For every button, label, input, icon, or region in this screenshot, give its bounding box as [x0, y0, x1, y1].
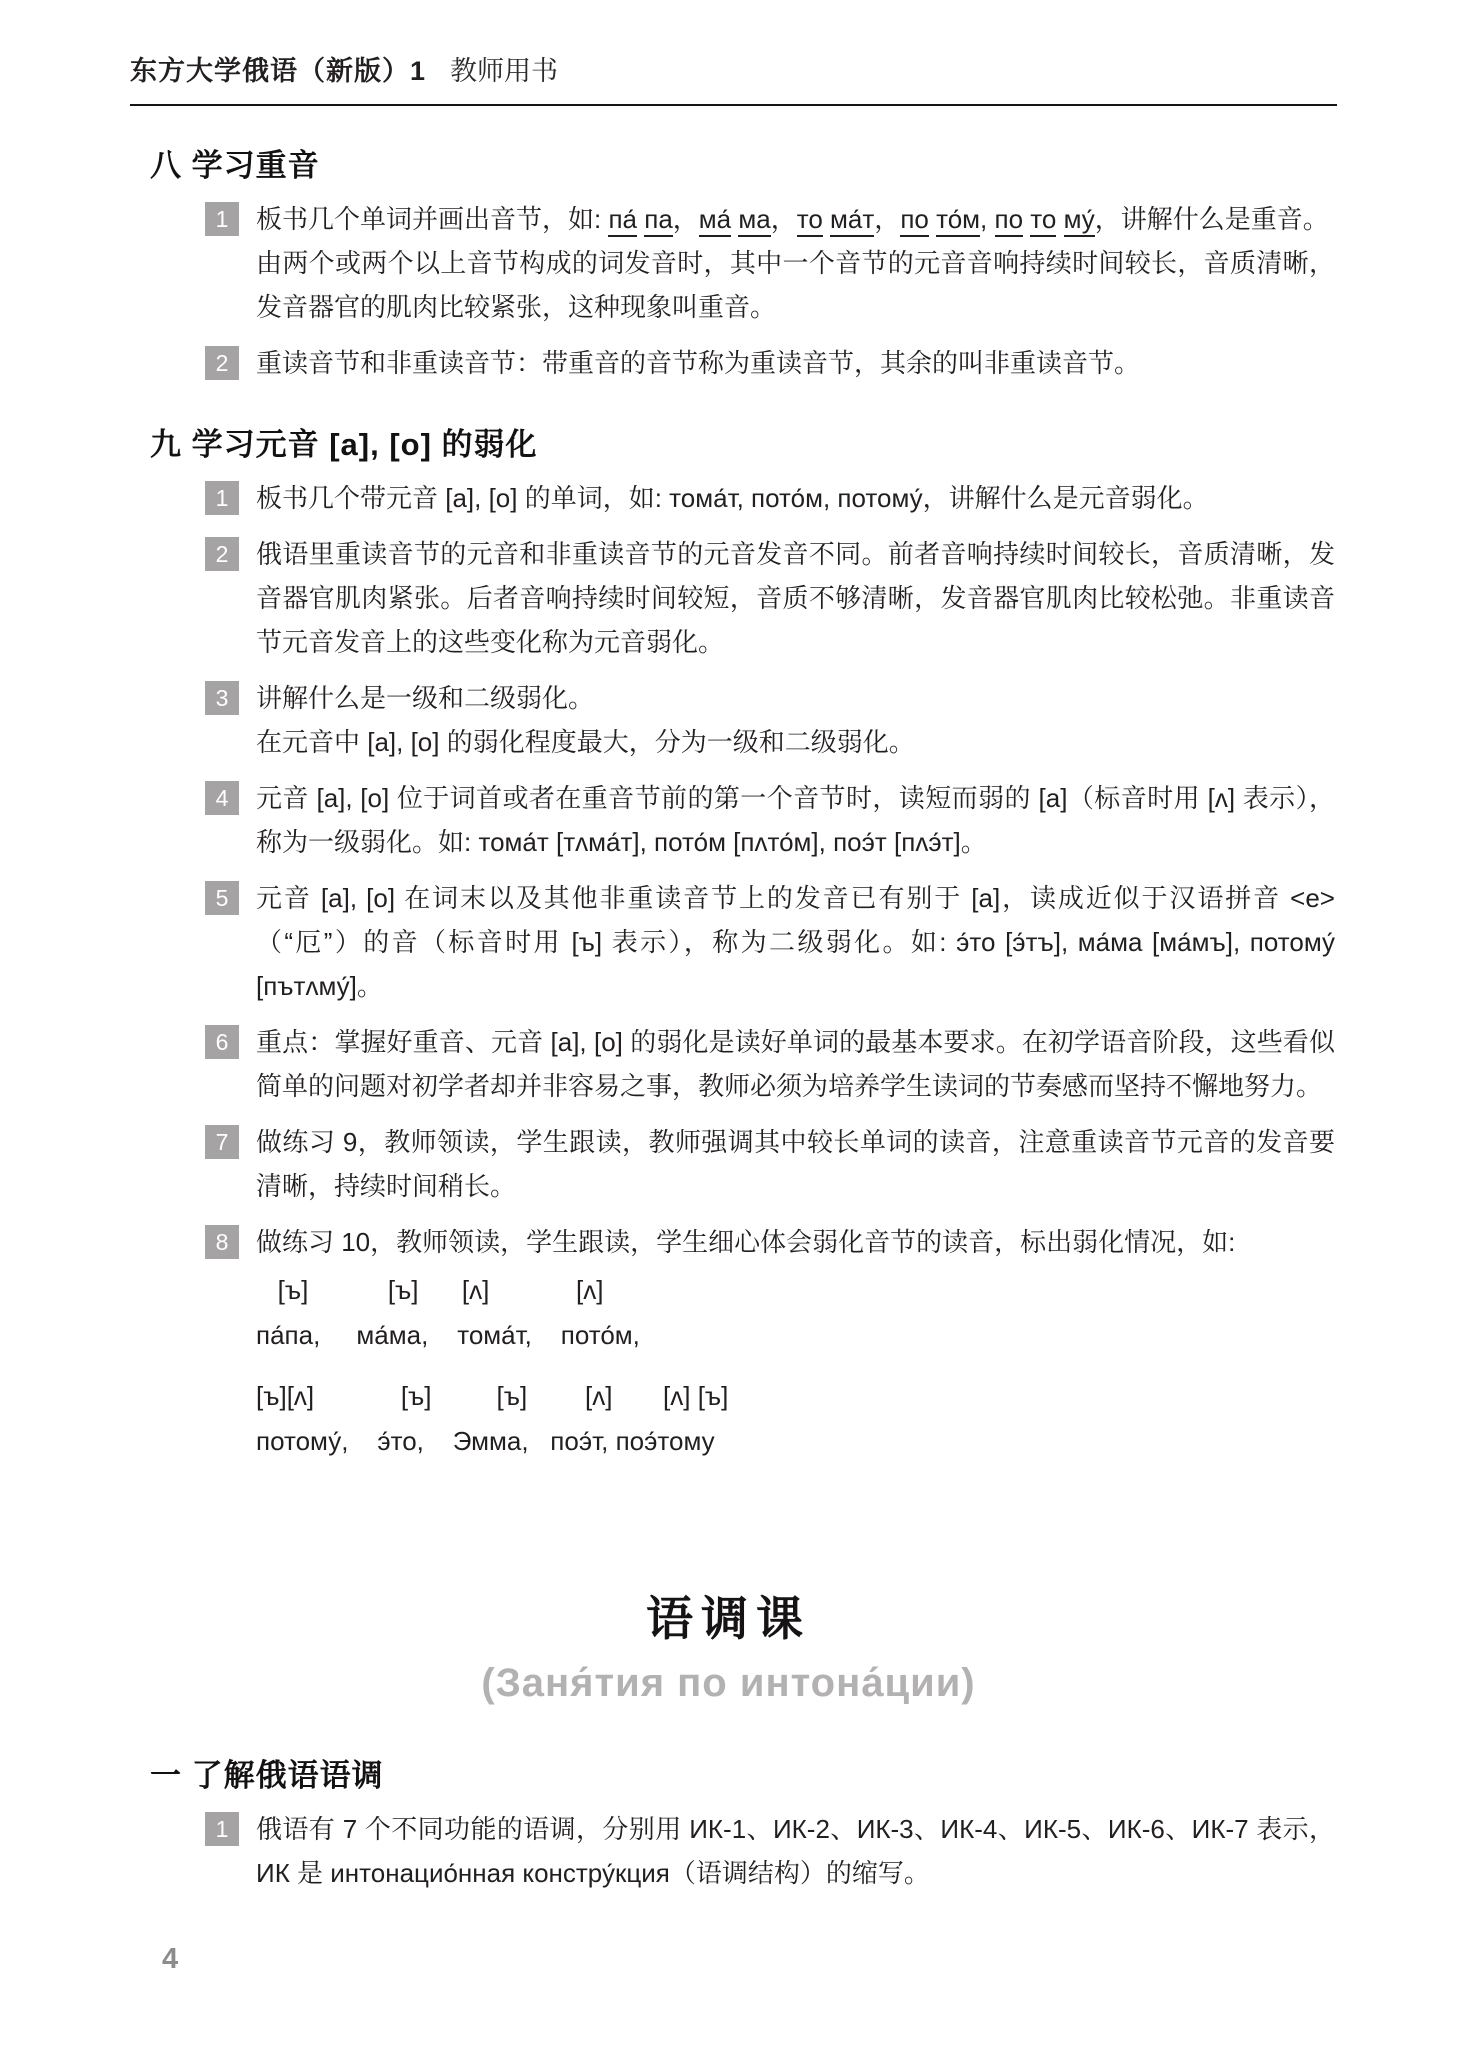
- list-item-8-2: 2 重读音节和非重读音节：带重音的音节称为重读音节，其余的叫非重读音节。: [205, 341, 1335, 385]
- item-number-badge: 8: [205, 1225, 239, 1259]
- item-text: 板书几个带元音 [a], [o] 的单词，如: тома́т, пото́м, …: [256, 476, 1335, 520]
- item-number-badge: 6: [205, 1025, 239, 1059]
- item-body: 板书几个带元音 [a], [o] 的单词，如: тома́т, пото́м, …: [256, 476, 1335, 520]
- page-number: 4: [162, 1943, 178, 1976]
- list-item-9-5: 5 元音 [a], [o] 在词末以及其他非重读音节上的发音已有别于 [a]，读…: [205, 876, 1335, 1008]
- item-body: 做练习 9，教师领读，学生跟读，教师强调其中较长单词的读音，注意重读音节元音的发…: [256, 1120, 1335, 1208]
- list-item-9-6: 6 重点：掌握好重音、元音 [a], [o] 的弱化是读好单词的最基本要求。在初…: [205, 1020, 1335, 1108]
- item-text: 元音 [a], [o] 在词末以及其他非重读音节上的发音已有别于 [a]，读成近…: [256, 876, 1335, 1008]
- item-number-badge: 2: [205, 537, 239, 571]
- item-number-badge: 3: [205, 681, 239, 715]
- item-body: 重读音节和非重读音节：带重音的音节称为重读音节，其余的叫非重读音节。: [256, 341, 1335, 385]
- book-title: 东方大学俄语（新版）1: [130, 56, 426, 86]
- list-item-9-8: 8 做练习 10，教师领读，学生跟读，学生细心体会弱化音节的读音，标出弱化情况，…: [205, 1220, 1335, 1464]
- header-divider: [130, 104, 1337, 106]
- item-body: 讲解什么是一级和二级弱化。 在元音中 [a], [o] 的弱化程度最大，分为一级…: [256, 676, 1335, 764]
- item-body: 元音 [a], [o] 在词末以及其他非重读音节上的发音已有别于 [a]，读成近…: [256, 876, 1335, 1008]
- chapter-title-block: 语调课 (Заня́тия по интона́ции): [0, 1582, 1457, 1706]
- item-number-badge: 2: [205, 346, 239, 380]
- item-number-badge: 1: [205, 1812, 239, 1846]
- underlined-syllables: па́ па，ма́ ма，то ма́т，по то́м, по то му́: [608, 204, 1094, 237]
- item-text: 做练习 9，教师领读，学生跟读，教师强调其中较长单词的读音，注意重读音节元音的发…: [256, 1120, 1335, 1208]
- item-body: 元音 [a], [o] 位于词首或者在重音节前的第一个音节时，读短而弱的 [a]…: [256, 776, 1335, 864]
- item-number-badge: 1: [205, 202, 239, 236]
- book-page: 东方大学俄语（新版）1教师用书 八 学习重音 1 板书几个单词并画出音节，如: …: [0, 0, 1457, 2048]
- item-text-suffix: ，讲解什么是重音。: [1095, 204, 1329, 234]
- list-item-1-1: 1 俄语有 7 个不同功能的语调，分别用 ИК-1、ИК-2、ИК-3、ИК-4…: [205, 1807, 1335, 1895]
- chapter-title-chinese: 语调课: [0, 1582, 1457, 1649]
- item-body: 俄语有 7 个不同功能的语调，分别用 ИК-1、ИК-2、ИК-3、ИК-4、И…: [256, 1807, 1335, 1895]
- example-words-line: потому́, э́то, Эмма, поэ́т, поэ́тому: [256, 1419, 1335, 1464]
- item-text: 由两个或两个以上音节构成的词发音时，其中一个音节的元音音响持续时间较长，音质清晰…: [256, 241, 1335, 329]
- example-group-2: [ъ][ʌ] [ъ] [ъ] [ʌ] [ʌ] [ъ] потому́, э́то…: [256, 1374, 1335, 1464]
- item-text-prefix: 板书几个单词并画出音节，如:: [256, 204, 608, 234]
- item-body: 做练习 10，教师领读，学生跟读，学生细心体会弱化音节的读音，标出弱化情况，如:…: [256, 1220, 1335, 1464]
- list-item-9-7: 7 做练习 9，教师领读，学生跟读，教师强调其中较长单词的读音，注意重读音节元音…: [205, 1120, 1335, 1208]
- item-text: 俄语有 7 个不同功能的语调，分别用 ИК-1、ИК-2、ИК-3、ИК-4、И…: [256, 1807, 1335, 1895]
- list-item-9-3: 3 讲解什么是一级和二级弱化。 在元音中 [a], [o] 的弱化程度最大，分为…: [205, 676, 1335, 764]
- book-subtitle: 教师用书: [450, 56, 558, 86]
- item-text: 重读音节和非重读音节：带重音的音节称为重读音节，其余的叫非重读音节。: [256, 341, 1335, 385]
- section-8-heading: 八 学习重音: [150, 140, 1337, 185]
- item-body: 板书几个单词并画出音节，如: па́ па，ма́ ма，то ма́т，по …: [256, 197, 1335, 329]
- example-words-line: па́па, ма́ма, тома́т, пото́м,: [256, 1313, 1335, 1358]
- item-text: 在元音中 [a], [o] 的弱化程度最大，分为一级和二级弱化。: [256, 720, 1335, 764]
- item-text: 元音 [a], [o] 位于词首或者在重音节前的第一个音节时，读短而弱的 [a]…: [256, 776, 1335, 864]
- running-header: 东方大学俄语（新版）1教师用书: [0, 0, 1457, 88]
- reduction-marks-line: [ъ][ʌ] [ъ] [ъ] [ʌ] [ʌ] [ъ]: [256, 1374, 1335, 1419]
- item-body: 俄语里重读音节的元音和非重读音节的元音发音不同。前者音响持续时间较长，音质清晰，…: [256, 532, 1335, 664]
- item-number-badge: 7: [205, 1125, 239, 1159]
- item-number-badge: 1: [205, 481, 239, 515]
- item-text: 做练习 10，教师领读，学生跟读，学生细心体会弱化音节的读音，标出弱化情况，如:: [256, 1220, 1335, 1264]
- item-text: 重点：掌握好重音、元音 [a], [o] 的弱化是读好单词的最基本要求。在初学语…: [256, 1020, 1335, 1108]
- list-item-9-2: 2 俄语里重读音节的元音和非重读音节的元音发音不同。前者音响持续时间较长，音质清…: [205, 532, 1335, 664]
- list-item-9-1: 1 板书几个带元音 [a], [o] 的单词，如: тома́т, пото́м…: [205, 476, 1335, 520]
- list-item-9-4: 4 元音 [a], [o] 位于词首或者在重音节前的第一个音节时，读短而弱的 […: [205, 776, 1335, 864]
- item-text: 俄语里重读音节的元音和非重读音节的元音发音不同。前者音响持续时间较长，音质清晰，…: [256, 532, 1335, 664]
- item-number-badge: 4: [205, 781, 239, 815]
- section-9-heading: 九 学习元音 [a], [o] 的弱化: [150, 419, 1337, 464]
- section-1-heading: 一 了解俄语语调: [150, 1750, 1337, 1795]
- reduction-examples: [ъ] [ъ] [ʌ] [ʌ] па́па, ма́ма, тома́т, по…: [256, 1268, 1335, 1464]
- reduction-marks-line: [ъ] [ъ] [ʌ] [ʌ]: [256, 1268, 1335, 1313]
- item-text: 讲解什么是一级和二级弱化。: [256, 676, 1335, 720]
- item-text: 板书几个单词并画出音节，如: па́ па，ма́ ма，то ма́т，по …: [256, 197, 1335, 241]
- chapter-title-russian: (Заня́тия по интона́ции): [0, 1661, 1457, 1706]
- item-body: 重点：掌握好重音、元音 [a], [o] 的弱化是读好单词的最基本要求。在初学语…: [256, 1020, 1335, 1108]
- list-item-8-1: 1 板书几个单词并画出音节，如: па́ па，ма́ ма，то ма́т，п…: [205, 197, 1335, 329]
- item-number-badge: 5: [205, 881, 239, 915]
- example-group-1: [ъ] [ъ] [ʌ] [ʌ] па́па, ма́ма, тома́т, по…: [256, 1268, 1335, 1358]
